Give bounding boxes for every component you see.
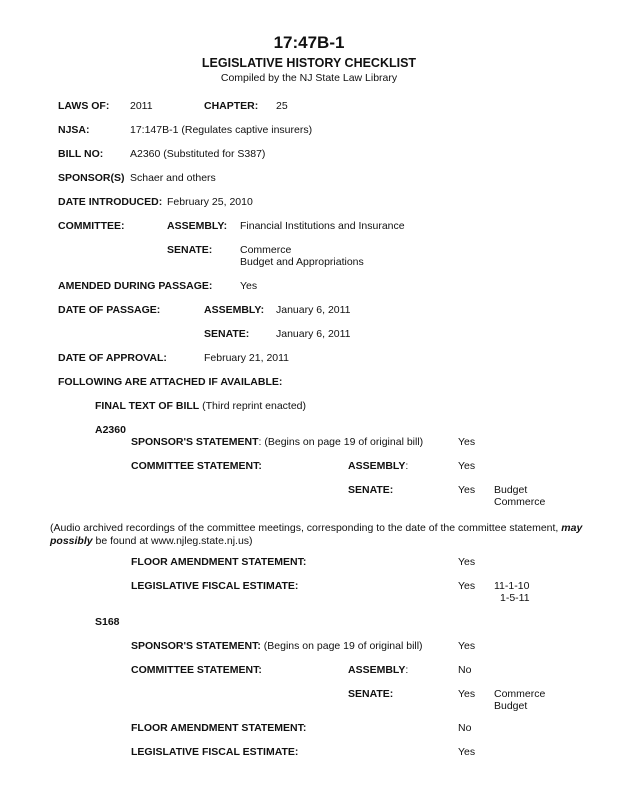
final-text-label: FINAL TEXT OF BILL [95, 400, 199, 412]
chapter-label: CHAPTER: [204, 100, 258, 113]
a2360-committee-assembly-value: Yes [458, 460, 475, 473]
s168-committee-statement-label: COMMITTEE STATEMENT: [131, 664, 262, 677]
final-text-row: FINAL TEXT OF BILL (Third reprint enacte… [95, 400, 306, 413]
chapter-value: 25 [276, 100, 288, 113]
passage-assembly-value: January 6, 2011 [276, 304, 351, 317]
committee-assembly-value: Financial Institutions and Insurance [240, 220, 405, 233]
final-text-value: (Third reprint enacted) [202, 400, 306, 412]
sponsors-value: Schaer and others [130, 172, 216, 185]
s168-committee-assembly-label: ASSEMBLY [348, 664, 405, 676]
a2360-floor-amendment-value: Yes [458, 556, 475, 569]
audio-note-text: (Audio archived recordings of the commit… [50, 522, 561, 534]
bill-s168-heading: S168 [95, 616, 120, 629]
amended-label: AMENDED DURING PASSAGE: [58, 280, 212, 293]
date-introduced-label: DATE INTRODUCED: [58, 196, 162, 209]
s168-sponsor-statement-note: (Begins on page 19 of original bill) [261, 640, 423, 652]
s168-committee-senate-value: Yes [458, 688, 475, 701]
laws-of-value: 2011 [130, 100, 153, 113]
attached-heading: FOLLOWING ARE ATTACHED IF AVAILABLE: [58, 376, 282, 389]
date-of-passage-label: DATE OF PASSAGE: [58, 304, 160, 317]
a2360-sponsor-statement-label: SPONSOR'S STATEMENT [131, 436, 259, 448]
a2360-fiscal-estimate-label: LEGISLATIVE FISCAL ESTIMATE: [131, 580, 298, 593]
s168-sponsor-statement-label: SPONSOR'S STATEMENT: [131, 640, 261, 652]
s168-committee-senate-label: SENATE: [348, 688, 393, 701]
s168-committee-assembly-value: No [458, 664, 471, 677]
amended-value: Yes [240, 280, 257, 293]
document-subtitle: LEGISLATIVE HISTORY CHECKLIST [0, 57, 618, 70]
a2360-sponsor-statement: SPONSOR'S STATEMENT: (Begins on page 19 … [131, 436, 423, 449]
compiled-by: Compiled by the NJ State Law Library [0, 72, 618, 85]
bill-a2360-heading: A2360 [95, 424, 126, 437]
bill-no-value: A2360 (Substituted for S387) [130, 148, 265, 161]
date-of-approval-label: DATE OF APPROVAL: [58, 352, 167, 365]
committee-senate-value-2: Budget and Appropriations [240, 256, 364, 269]
date-of-approval-value: February 21, 2011 [204, 352, 289, 365]
audio-note-text-2: be found at www.njleg.state.nj.us) [93, 535, 253, 547]
s168-floor-amendment-value: No [458, 722, 471, 735]
laws-of-label: LAWS OF: [58, 100, 109, 113]
s168-senate-committee-2: Budget [494, 700, 527, 713]
a2360-senate-committee-2: Commerce [494, 496, 545, 509]
a2360-sponsor-statement-note: : (Begins on page 19 of original bill) [259, 436, 424, 448]
committee-assembly-label: ASSEMBLY: [167, 220, 227, 233]
a2360-fiscal-date-2: 1-5-11 [500, 592, 530, 605]
a2360-committee-senate-value: Yes [458, 484, 475, 497]
passage-assembly-label: ASSEMBLY: [204, 304, 264, 317]
a2360-floor-amendment-label: FLOOR AMENDMENT STATEMENT: [131, 556, 306, 569]
audio-archive-note: (Audio archived recordings of the commit… [50, 522, 610, 548]
s168-sponsor-statement-value: Yes [458, 640, 475, 653]
s168-sponsor-statement: SPONSOR'S STATEMENT: (Begins on page 19 … [131, 640, 423, 653]
document-title: 17:47B-1 [0, 36, 618, 49]
a2360-committee-statement-label: COMMITTEE STATEMENT: [131, 460, 262, 473]
a2360-committee-senate-label: SENATE: [348, 484, 393, 497]
njsa-label: NJSA: [58, 124, 90, 137]
sponsors-label: SPONSOR(S) [58, 172, 125, 185]
committee-label: COMMITTEE: [58, 220, 125, 233]
date-introduced-value: February 25, 2010 [167, 196, 253, 209]
s168-fiscal-estimate-value: Yes [458, 746, 475, 759]
s168-floor-amendment-label: FLOOR AMENDMENT STATEMENT: [131, 722, 306, 735]
a2360-committee-assembly-label: ASSEMBLY [348, 460, 405, 472]
s168-fiscal-estimate-label: LEGISLATIVE FISCAL ESTIMATE: [131, 746, 298, 759]
njsa-value: 17:147B-1 (Regulates captive insurers) [130, 124, 312, 137]
committee-senate-label: SENATE: [167, 244, 212, 257]
passage-senate-value: January 6, 2011 [276, 328, 351, 341]
bill-no-label: BILL NO: [58, 148, 103, 161]
a2360-sponsor-statement-value: Yes [458, 436, 475, 449]
a2360-fiscal-estimate-value: Yes [458, 580, 475, 593]
passage-senate-label: SENATE: [204, 328, 249, 341]
